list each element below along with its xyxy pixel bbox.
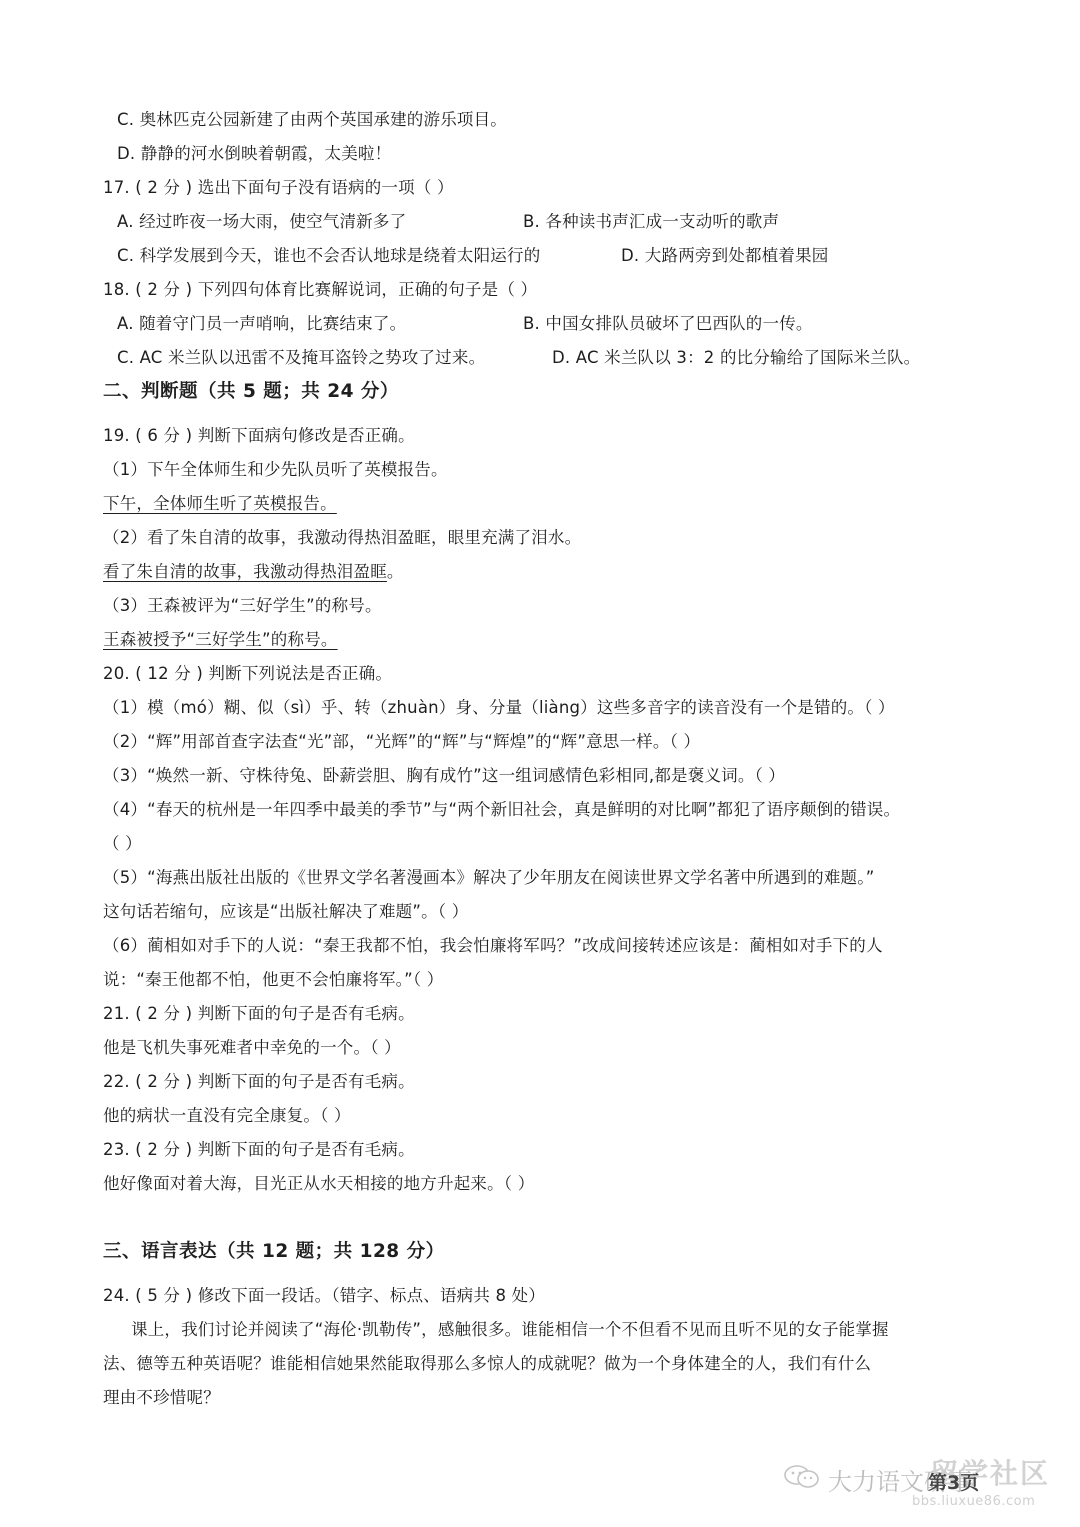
q20-item-2: （2）“辉”用部首查字法查“光”部，“光辉”的“辉”与“辉煌”的“辉”意思一样。… [103,731,700,753]
q17-option-a: A. 经过昨夜一场大雨，使空气清新多了 [117,211,406,233]
q24-header: 24. ( 5 分 ) 修改下面一段话。（错字、标点、语病共 8 处） [103,1285,545,1307]
q22-sentence: 他的病状一直没有完全康复。（ ） [103,1105,351,1127]
q18-option-c: C. AC 米兰队以迅雷不及掩耳盗铃之势攻了过来。 [117,347,485,369]
q17-option-d: D. 大路两旁到处都植着果园 [621,245,829,267]
q23-header: 23. ( 2 分 ) 判断下面的句子是否有毛病。 [103,1139,415,1161]
q21-header: 21. ( 2 分 ) 判断下面的句子是否有毛病。 [103,1003,415,1025]
q22-header: 22. ( 2 分 ) 判断下面的句子是否有毛病。 [103,1071,415,1093]
q20-item-4-blank: （ ） [103,833,142,855]
section-3-title: 三、语言表达（共 12 题；共 128 分） [103,1241,445,1263]
q18-option-d: D. AC 米兰队以 3：2 的比分输给了国际米兰队。 [552,347,920,369]
q19-item-2-revised-line: 看了朱自清的故事，我激动得热泪盈眶。 [103,561,404,583]
q18-header: 18. ( 2 分 ) 下列四句体育比赛解说词，正确的句子是（ ） [103,279,537,301]
q24-paragraph-line-1: 课上，我们讨论并阅读了“海伦·凯勒传”，感触很多。谁能相信一个不但看不见而且听不… [131,1319,889,1341]
wechat-icon [783,1464,823,1490]
q17-header: 17. ( 2 分 ) 选出下面句子没有语病的一项（ ） [103,177,454,199]
site-url-watermark: bbs.liuxue86.com [912,1494,1035,1509]
q23-sentence: 他好像面对着大海，目光正从水天相接的地方升起来。（ ） [103,1173,534,1195]
page-number-label: 第3页 [928,1468,979,1495]
q24-paragraph-line-2: 法、德等五种英语呢？谁能相信她果然能取得那么多惊人的成就呢？做为一个身体建全的人… [103,1353,871,1375]
q16-option-d: D. 静静的河水倒映着朝霞，太美啦！ [117,143,391,165]
q17-option-c: C. 科学发展到今天，谁也不会否认地球是绕着太阳运行的 [117,245,540,267]
q24-paragraph-line-3: 理由不珍惜呢？ [103,1387,220,1409]
q20-item-5: （5）“海燕出版社出版的《世界文学名著漫画本》解决了少年朋友在阅读世界文学名著中… [103,867,874,889]
q18-option-a: A. 随着守门员一声哨响，比赛结束了。 [117,313,406,335]
q20-item-1: （1）模（mó）糊、似（sì）乎、转（zhuàn）身、分量（liàng）这些多音… [103,697,895,719]
q20-item-4: （4）“春天的杭州是一年四季中最美的季节”与“两个新旧社会，真是鲜明的对比啊”都… [103,799,900,821]
q17-option-b: B. 各种读书声汇成一支动听的歌声 [523,211,779,233]
q19-item-3-revised: 王森被授予“三好学生”的称号。 [103,629,338,651]
q20-item-5-cont: 这句话若缩句，应该是“出版社解决了难题”。（ ） [103,901,468,923]
q19-item-2-revised-tail: 。 [387,562,404,581]
q19-item-1-revised: 下午，全体师生听了英模报告。 [103,493,337,515]
q19-item-2-revised: 看了朱自清的故事，我激动得热泪盈眶 [103,562,387,581]
q19-header: 19. ( 6 分 ) 判断下面病句修改是否正确。 [103,425,415,447]
q20-header: 20. ( 12 分 ) 判断下列说法是否正确。 [103,663,392,685]
q16-option-c: C. 奥林匹克公园新建了由两个英国承建的游乐项目。 [117,109,507,131]
q19-item-2-original: （2）看了朱自清的故事，我激动得热泪盈眶，眼里充满了泪水。 [103,527,581,549]
q19-item-1-original: （1）下午全体师生和少先队员听了英模报告。 [103,459,448,481]
q21-sentence: 他是飞机失事死难者中幸免的一个。（ ） [103,1037,401,1059]
section-2-title: 二、判断题（共 5 题；共 24 分） [103,381,399,403]
q19-item-3-original: （3）王森被评为“三好学生”的称号。 [103,595,382,617]
q20-item-6: （6）蔺相如对手下的人说：“秦王我都不怕，我会怕廉将军吗？”改成间接转述应该是：… [103,935,883,957]
q20-item-3: （3）“焕然一新、守株待兔、卧薪尝胆、胸有成竹”这一组词感情色彩相同,都是褒义词… [103,765,785,787]
q18-option-b: B. 中国女排队员破坏了巴西队的一传。 [523,313,813,335]
q20-item-6-cont: 说：“秦王他都不怕，他更不会怕廉将军。”（ ） [103,969,443,991]
exam-page: C. 奥林匹克公园新建了由两个英国承建的游乐项目。 D. 静静的河水倒映着朝霞，… [0,0,1080,1527]
